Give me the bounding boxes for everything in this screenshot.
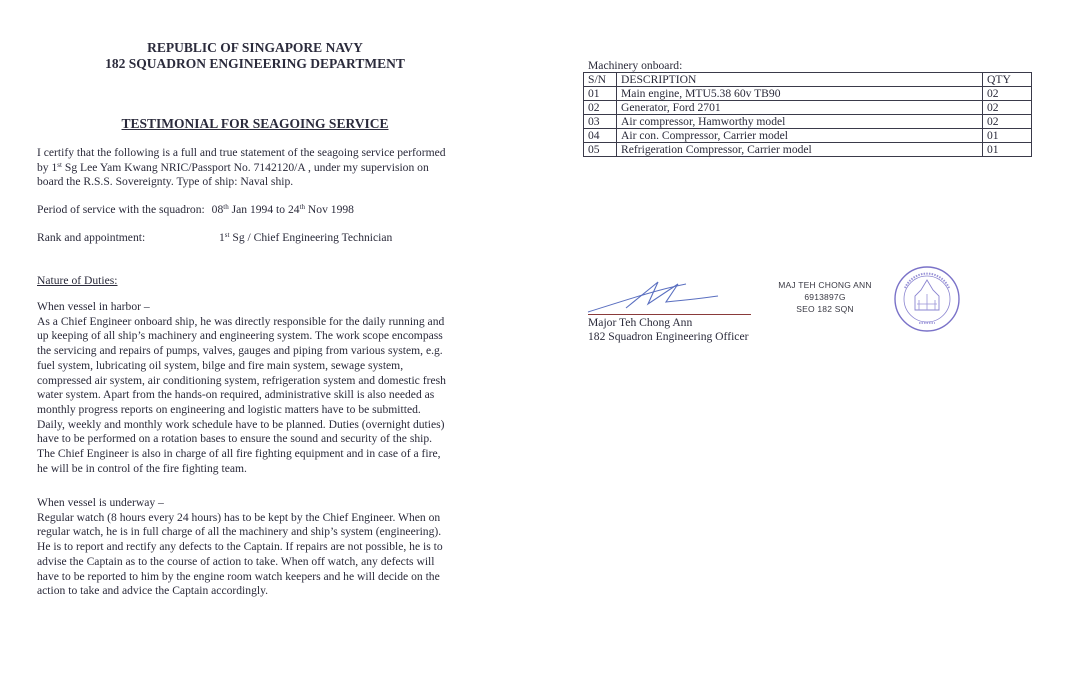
table-cell: 02 [983,115,1032,129]
underway-section: When vessel is underway – Regular watch … [37,496,477,599]
text-line: monthly progress reports on engineering … [37,403,477,418]
text-line: action to take and advice the Captain ac… [37,584,477,599]
signature-line [588,314,751,315]
machinery-table: S/NDESCRIPTIONQTY01Main engine, MTU5.38 … [583,72,1032,157]
header-dept: 182 SQUADRON ENGINEERING DEPARTMENT [0,56,510,72]
period-label: Period of service with the squadron: [37,203,205,216]
underway-heading: When vessel is underway – [37,496,477,511]
text-line: fuel system, lubricating oil system, bil… [37,359,477,374]
certify-statement: I certify that the following is a full a… [37,146,477,190]
column-header: QTY [983,73,1032,87]
header-org: REPUBLIC OF SINGAPORE NAVY [0,40,510,56]
text-line: have to be reported to him by the engine… [37,570,477,585]
text-line: regular watch, he is in full charge of a… [37,525,477,540]
signature-scribble [586,278,726,314]
certify-line-2: by 1st Sg Lee Yam Kwang NRIC/Passport No… [37,161,477,176]
table-cell: 01 [983,129,1032,143]
table-header-row: S/NDESCRIPTIONQTY [584,73,1032,87]
table-cell: Generator, Ford 2701 [617,101,983,115]
table-row: 01Main engine, MTU5.38 60v TB9002 [584,87,1032,101]
document-title: TESTIMONIAL FOR SEAGOING SERVICE [0,116,510,132]
stamp-name: MAJ TEH CHONG ANN [770,279,880,291]
text-line: up keeping of all ship’s machinery and e… [37,329,477,344]
harbor-text: As a Chief Engineer onboard ship, he was… [37,315,477,477]
column-header: DESCRIPTION [617,73,983,87]
table-cell: 05 [584,143,617,157]
name-stamp: MAJ TEH CHONG ANN 6913897G SEO 182 SQN [770,279,880,315]
text-line: As a Chief Engineer onboard ship, he was… [37,315,477,330]
table-cell: 02 [584,101,617,115]
text-line: Regular watch (8 hours every 24 hours) h… [37,511,477,526]
text-line: The Chief Engineer is also in charge of … [37,447,477,462]
table-row: 04Air con. Compressor, Carrier model01 [584,129,1032,143]
official-seal-icon [893,266,961,332]
text-line: he will be in control of the fire fighti… [37,462,477,477]
text-line: He is to report and rectify any defects … [37,540,477,555]
period-of-service: Period of service with the squadron: 08t… [37,203,477,218]
signatory-title: 182 Squadron Engineering Officer [588,330,748,345]
certify-line-1: I certify that the following is a full a… [37,146,477,161]
rank-appointment: Rank and appointment:1st Sg / Chief Engi… [37,231,477,246]
table-cell: 04 [584,129,617,143]
text-line: water system. Apart from the hands-on re… [37,388,477,403]
table-row: 05Refrigeration Compressor, Carrier mode… [584,143,1032,157]
harbor-heading: When vessel in harbor – [37,300,477,315]
text-line: the servicing and repairs of pumps, valv… [37,344,477,359]
table-row: 03Air compressor, Hamworthy model02 [584,115,1032,129]
stamp-unit: SEO 182 SQN [770,303,880,315]
harbor-section: When vessel in harbor – As a Chief Engin… [37,300,477,476]
rank-label: Rank and appointment: [37,231,219,246]
table-cell: 01 [584,87,617,101]
certify-line-3: board the R.S.S. Sovereignty. Type of sh… [37,175,477,190]
text-line: advise the Captain as to the course of a… [37,555,477,570]
table-cell: Air compressor, Hamworthy model [617,115,983,129]
duties-heading: Nature of Duties: [37,274,477,289]
rank-value: 1st Sg / Chief Engineering Technician [219,231,392,244]
signatory-name: Major Teh Chong Ann [588,316,692,331]
text-line: compressed air system, air conditioning … [37,374,477,389]
period-value: 08th Jan 1994 to 24th Nov 1998 [212,203,354,216]
machinery-caption: Machinery onboard: [588,59,682,72]
table-cell: 02 [983,87,1032,101]
table-row: 02Generator, Ford 270102 [584,101,1032,115]
table-cell: Main engine, MTU5.38 60v TB90 [617,87,983,101]
text-line: have to be performed on a rotation bases… [37,432,477,447]
text-line: Daily, weekly and monthly work schedule … [37,418,477,433]
table-cell: 02 [983,101,1032,115]
table-cell: Air con. Compressor, Carrier model [617,129,983,143]
table-cell: Refrigeration Compressor, Carrier model [617,143,983,157]
table-cell: 03 [584,115,617,129]
table-cell: 01 [983,143,1032,157]
column-header: S/N [584,73,617,87]
underway-text: Regular watch (8 hours every 24 hours) h… [37,511,477,599]
stamp-number: 6913897G [770,291,880,303]
